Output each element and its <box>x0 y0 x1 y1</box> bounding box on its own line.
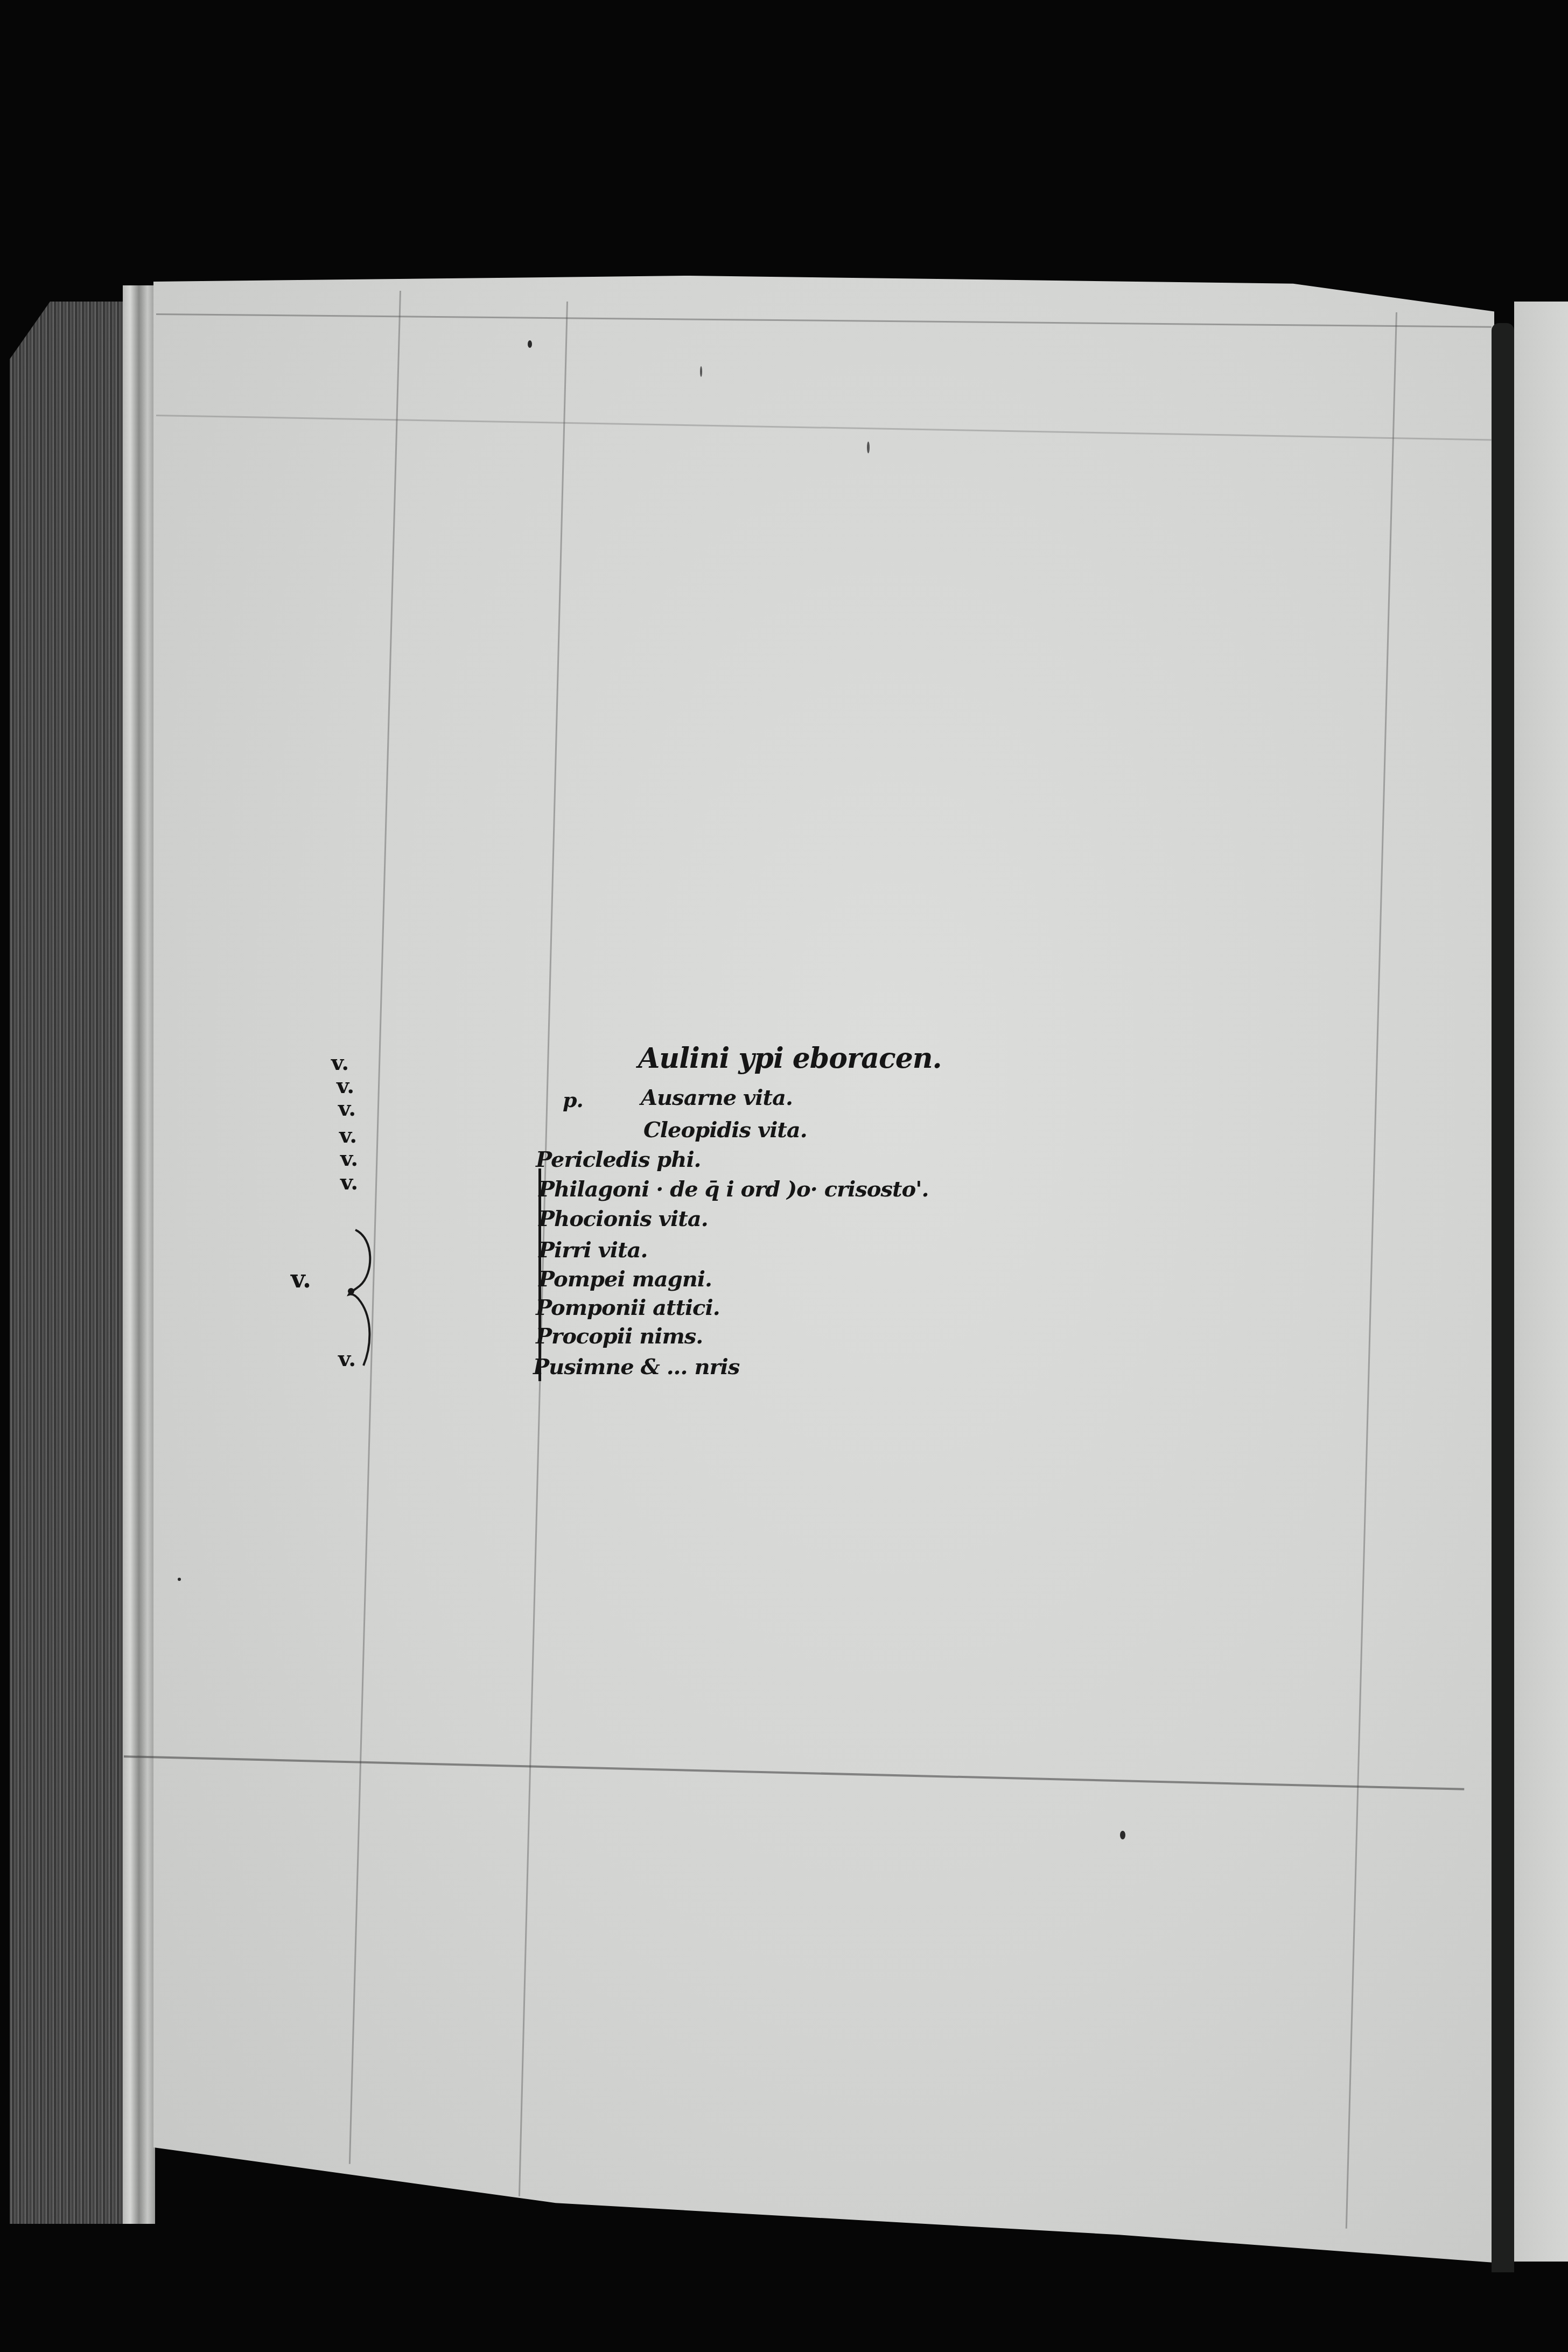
entry-prefix-mark: p. <box>563 1088 583 1112</box>
entry: Pericledis phi. <box>536 1147 701 1172</box>
entry: Pompei magni. <box>538 1266 712 1292</box>
entry: Phocionis vita. <box>538 1206 708 1231</box>
entry: Cleopidis vita. <box>643 1117 807 1143</box>
entry: Ausarne vita. <box>641 1085 793 1110</box>
entry: Procopii nims. <box>536 1324 703 1349</box>
paper-speck <box>1120 1831 1125 1839</box>
book-gutter <box>1492 323 1514 2272</box>
photograph-background: Aulini ypi eboracen. p. Ausarne vita. Cl… <box>0 0 1568 2352</box>
entry: Philagoni · de q̄ i ord )o· crisosto'. <box>538 1177 928 1202</box>
paper-speck <box>700 366 702 377</box>
margin-mark-bracketed: v. <box>291 1264 311 1293</box>
entry: Pirri vita. <box>538 1237 647 1263</box>
entry-heading: Aulini ypi eboracen. <box>638 1042 942 1075</box>
margin-mark: v. <box>337 1073 354 1098</box>
entry: Pomponii attici. <box>536 1295 720 1320</box>
entry: Pusimne & ... nris <box>533 1354 739 1380</box>
margin-mark: v. <box>331 1050 349 1075</box>
paper-speck <box>178 1578 181 1581</box>
margin-mark: v. <box>340 1170 358 1195</box>
book-page-rim <box>123 285 155 2224</box>
paper-speck <box>528 340 532 348</box>
margin-mark: v. <box>339 1123 357 1148</box>
margin-mark: v. <box>340 1146 358 1171</box>
margin-brace-icon <box>345 1228 377 1368</box>
facing-page-edge <box>1514 302 1568 2262</box>
paper-speck <box>867 442 870 453</box>
margin-mark: v. <box>338 1096 356 1121</box>
